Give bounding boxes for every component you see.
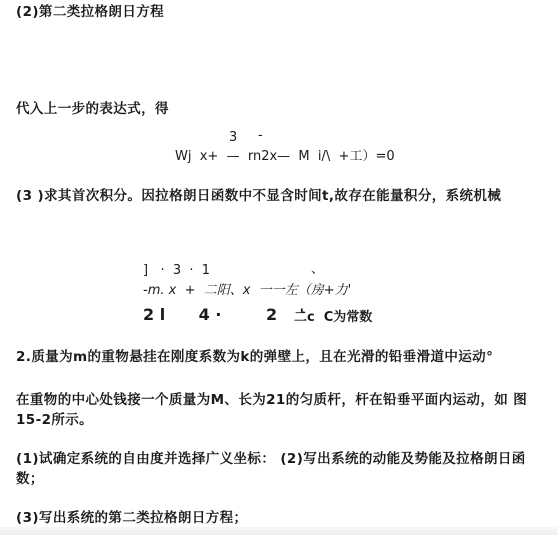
question-3: (3)写出系统的第二类拉格朗日方程； <box>16 510 247 526</box>
page-bottom-shadow <box>0 527 557 535</box>
equation1-superscript-dash: - <box>258 128 263 144</box>
problem2-description: 在重物的中心处钱接一个质量为M、长为21的匀质杆，杆在铅垂平面内运动，如 图15… <box>16 390 536 430</box>
equation1-main-line: Wj x+ — rn2x— M i/\ +工）=0 <box>175 149 395 165</box>
equation1-superscript-3: 3 <box>229 130 237 146</box>
equation2-line1: ] · 3 · 1 <box>143 263 210 279</box>
problem2-statement: 2.质量为m的重物悬挂在刚度系数为k的弹壁上，且在光滑的铅垂滑道中运动° <box>16 349 493 365</box>
equation2-line1-mark: 、 <box>311 262 324 278</box>
section-heading-lagrange-equation: (2)第二类拉格朗日方程 <box>16 4 164 20</box>
substitute-expression-text: 代入上一步的表达式，得 <box>16 101 169 117</box>
equation2-line3-right: 二c C为常数 <box>294 310 372 326</box>
equation2-line3-left: 2 l 4 · 2 ' <box>143 307 304 323</box>
first-integral-step-text: (3 )求其首次积分。因拉格朗日函数中不显含时间t,故存在能量积分，系统机械 <box>16 188 501 204</box>
equation2-line2: -m. x + 二阳、x 一一左（房+力' <box>143 283 351 299</box>
questions-1-2: (1)试确定系统的自由度并选择广义坐标： (2)写出系统的动能及势能及拉格朗日函… <box>16 449 536 489</box>
